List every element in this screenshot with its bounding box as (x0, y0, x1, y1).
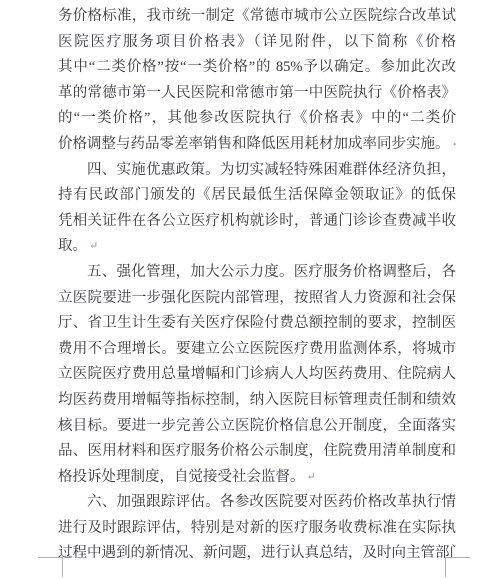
text-line-content: 费用不合理增长。要建立公立医院医疗费用监测体系，将城市公 (58, 341, 456, 363)
text-line: 凭相关证件在各公立医疗机构就诊时，普通门诊诊查费减半收 (58, 209, 456, 235)
text-block: 务价格标准，我市统一制定《常德市城市公立医院综合改革试点医院医疗服务项目价格表》… (58, 4, 456, 567)
text-line: 四、实施优惠政策。为切实减轻特殊困难群体经济负担，凡 (58, 158, 456, 184)
text-line: 品、医用材料和医疗服务价格公示制度，住院费用清单制度和价 (58, 439, 456, 465)
text-line: 持有民政部门颁发的《居民最低生活保障金领取证》的低保户， (58, 183, 456, 209)
text-line-content: 务价格标准，我市统一制定《常德市城市公立医院综合改革试点 (58, 8, 456, 30)
text-line-content: 五、强化管理，加大公示力度。医疗服务价格调整后，各公 (87, 264, 456, 286)
text-line-content: 品、医用材料和医疗服务价格公示制度，住院费用清单制度和价 (58, 443, 456, 465)
text-line-content: 进行及时跟踪评估，特别是对新的医疗服务收费标准在实际执行 (58, 520, 456, 542)
text-boundary-corner-mark-right (445, 557, 470, 577)
text-line: 均医药费用增幅等指标控制，纳入医院目标管理责任制和绩效考 (58, 388, 456, 414)
text-line-content: 六、加强跟踪评估。各参改医院要对医药价格改革执行情况 (87, 494, 456, 516)
text-line-content: 立医院医疗费用总量增幅和门诊病人人均医药费用、住院病人人 (58, 366, 456, 388)
text-boundary-corner-mark-left (38, 557, 63, 577)
text-line: 核目标。要进一步完善公立医院价格信息公开制度，全面落实药 (58, 414, 456, 440)
text-line: 进行及时跟踪评估，特别是对新的医疗服务收费标准在实际执行 (58, 516, 456, 542)
text-line: 格投诉处理制度，自觉接受社会监督。↵ (58, 465, 456, 491)
text-line: 五、强化管理，加大公示力度。医疗服务价格调整后，各公 (58, 260, 456, 286)
text-line: 六、加强跟踪评估。各参改医院要对医药价格改革执行情况 (58, 490, 456, 516)
text-line: 其中“二类价格”按“一类价格”的 85%予以确定。参加此次改 (58, 55, 456, 81)
text-line-content: 价格调整与药品零差率销售和降低医用耗材加成率同步实施。 (58, 136, 450, 152)
text-line: 取。↵ (58, 234, 456, 260)
text-line-content: 四、实施优惠政策。为切实减轻特殊困难群体经济负担，凡 (87, 162, 456, 184)
text-line-content: 过程中遇到的新情况、新问题，进行认真总结，及时向主管部门 (58, 545, 456, 561)
text-line-content: 格投诉处理制度，自觉接受社会监督。 (58, 469, 305, 485)
paragraph: 四、实施优惠政策。为切实减轻特殊困难群体经济负担，凡持有民政部门颁发的《居民最低… (58, 158, 456, 260)
text-line: 医院医疗服务项目价格表》（详见附件，以下简称《价格表》）， (58, 30, 456, 56)
text-line-content: 革的常德市第一人民医院和常德市第一中医院执行《价格表》中 (58, 85, 456, 107)
paragraph-end-mark-icon: ↵ (452, 138, 457, 150)
text-line-content: 医院医疗服务项目价格表》（详见附件，以下简称《价格表》）， (58, 34, 456, 56)
document-page: 务价格标准，我市统一制定《常德市城市公立医院综合改革试点医院医疗服务项目价格表》… (0, 0, 500, 578)
text-line-content: 核目标。要进一步完善公立医院价格信息公开制度，全面落实药 (58, 418, 456, 440)
text-line: 的“一类价格”，其他参改医院执行《价格表》中的“二类价格”。 (58, 106, 456, 132)
paragraph: 五、强化管理，加大公示力度。医疗服务价格调整后，各公立医院要进一步强化医院内部管… (58, 260, 456, 490)
text-line: 费用不合理增长。要建立公立医院医疗费用监测体系，将城市公 (58, 337, 456, 363)
text-line-content: 凭相关证件在各公立医疗机构就诊时，普通门诊诊查费减半收 (58, 213, 456, 229)
text-line-content: 均医药费用增幅等指标控制，纳入医院目标管理责任制和绩效考 (58, 392, 456, 414)
text-line: 务价格标准，我市统一制定《常德市城市公立医院综合改革试点 (58, 4, 456, 30)
text-line-content: 厅、省卫生计生委有关医疗保险付费总额控制的要求，控制医疗 (58, 315, 456, 337)
paragraph-end-mark-icon: ↵ (307, 471, 316, 483)
text-line-content: 其中“二类价格”按“一类价格”的 85%予以确定。参加此次改 (58, 59, 456, 75)
text-line: 革的常德市第一人民医院和常德市第一中医院执行《价格表》中 (58, 81, 456, 107)
paragraph: 务价格标准，我市统一制定《常德市城市公立医院综合改革试点医院医疗服务项目价格表》… (58, 4, 456, 158)
text-line-content: 取。 (58, 238, 87, 254)
text-line: 立医院要进一步强化医院内部管理，按照省人力资源和社会保障 (58, 286, 456, 312)
text-line: 价格调整与药品零差率销售和降低医用耗材加成率同步实施。↵ (58, 132, 456, 158)
paragraph-end-mark-icon: ↵ (89, 240, 98, 252)
paragraph: 六、加强跟踪评估。各参改医院要对医药价格改革执行情况进行及时跟踪评估，特别是对新… (58, 490, 456, 567)
text-line: 立医院医疗费用总量增幅和门诊病人人均医药费用、住院病人人 (58, 362, 456, 388)
text-line-content: 持有民政部门颁发的《居民最低生活保障金领取证》的低保户， (58, 187, 456, 209)
text-line: 厅、省卫生计生委有关医疗保险付费总额控制的要求，控制医疗 (58, 311, 456, 337)
text-line-content: 的“一类价格”，其他参改医院执行《价格表》中的“二类价格”。 (58, 110, 456, 132)
text-line: 过程中遇到的新情况、新问题，进行认真总结，及时向主管部门 (58, 541, 456, 567)
text-line-content: 立医院要进一步强化医院内部管理，按照省人力资源和社会保障 (58, 290, 456, 312)
